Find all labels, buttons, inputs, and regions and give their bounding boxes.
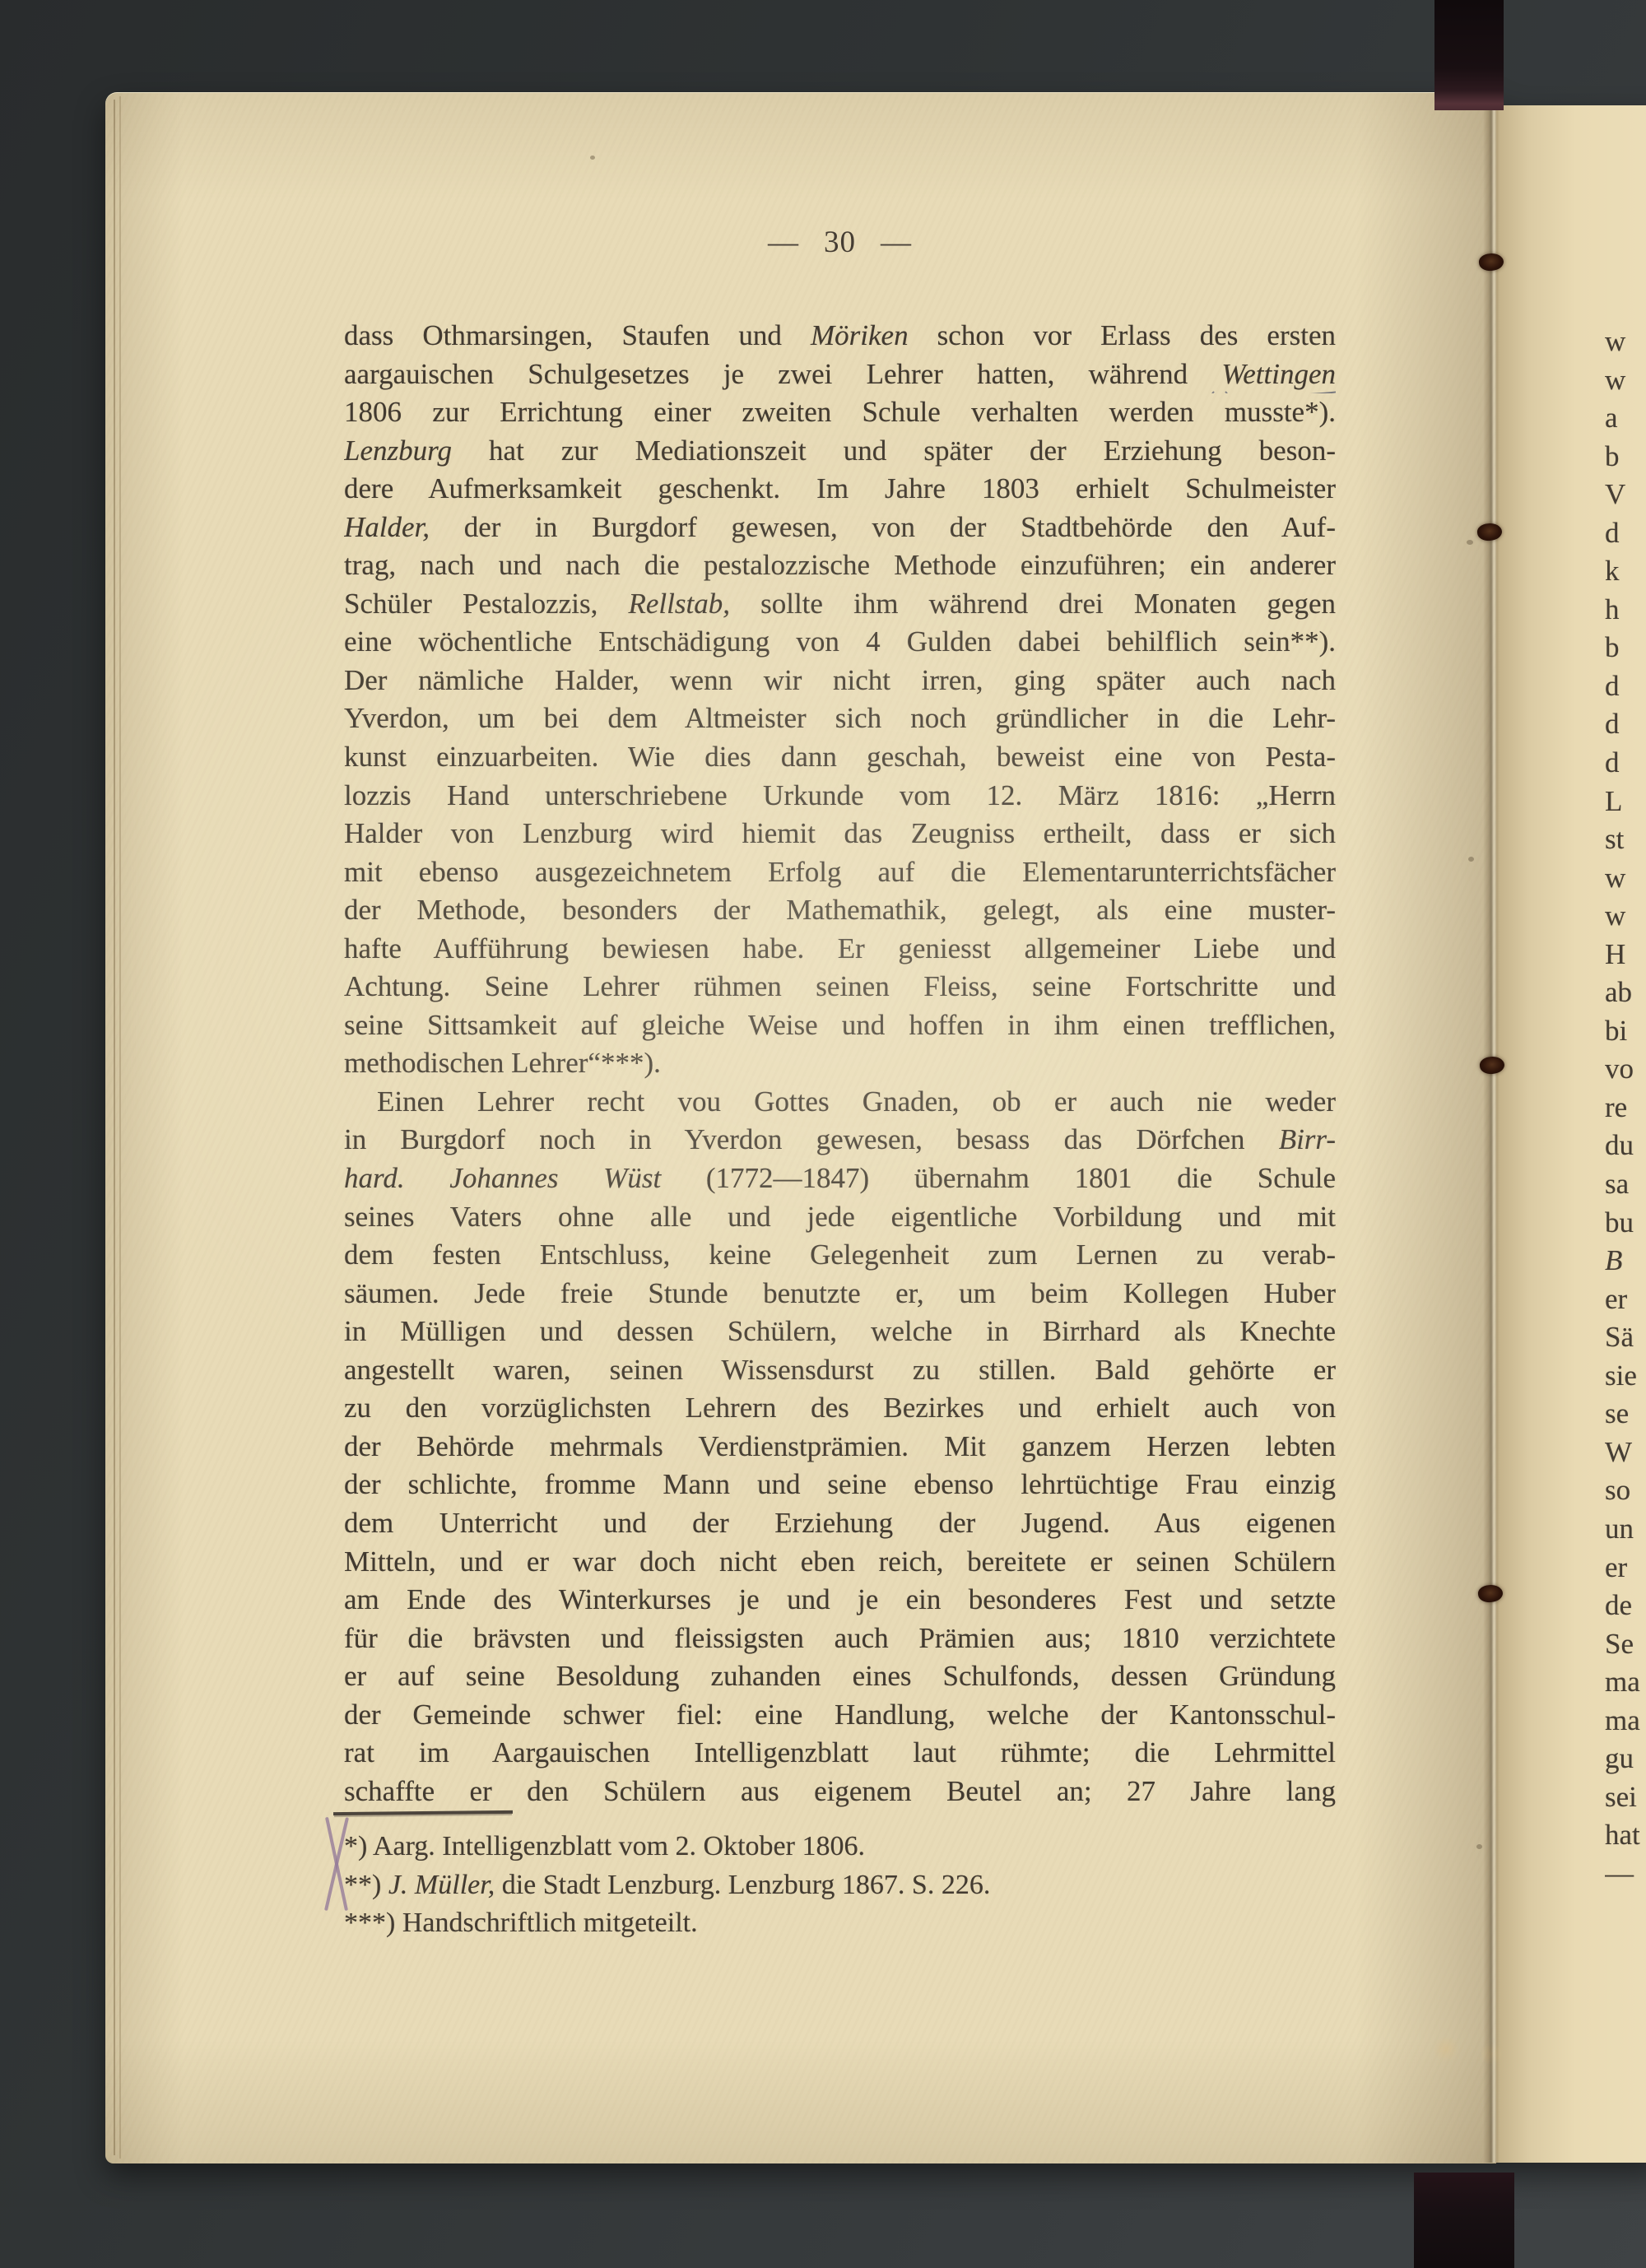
frag-line: re xyxy=(1605,1089,1646,1127)
frag-line: sie xyxy=(1605,1357,1646,1396)
book-spine-headband-top xyxy=(1434,0,1504,110)
foxing-spot xyxy=(1432,2037,1460,2061)
tline-line: Einen Lehrer recht vou Gottes Gnaden, ob… xyxy=(344,1083,1336,1122)
pencil-x-mark xyxy=(321,1820,349,1907)
frag-line: w xyxy=(1605,323,1646,361)
frag-line: er xyxy=(1605,1549,1646,1587)
tline-line: Lenzburg hat zur Mediationszeit und spät… xyxy=(344,432,1336,471)
frag-line: — xyxy=(1605,1855,1646,1894)
tline-line: seines Vaters ohne alle und jede eigentl… xyxy=(344,1198,1336,1237)
tline-line: für die brävsten und fleissigsten auch P… xyxy=(344,1620,1336,1658)
ink-speck xyxy=(590,156,595,160)
tline-line: am Ende des Winterkurses je und je ein b… xyxy=(344,1581,1336,1620)
frag-line: d xyxy=(1605,514,1646,553)
page-header: —30— xyxy=(344,225,1336,260)
frag-line: B xyxy=(1605,1242,1646,1280)
tline-line: er auf seine Besoldung zuhanden eines Sc… xyxy=(344,1657,1336,1696)
frag-line: d xyxy=(1605,705,1646,744)
tline-line: Achtung. Seine Lehrer rühmen seinen Flei… xyxy=(344,968,1336,1006)
frag-line: sa xyxy=(1605,1165,1646,1204)
fline-line: ***) Handschriftlich mitgeteilt. xyxy=(344,1904,1336,1943)
tline-line: Mitteln, und er war doch nicht eben reic… xyxy=(344,1543,1336,1582)
paper-speck xyxy=(1468,857,1474,862)
frag-line: w xyxy=(1605,859,1646,898)
frag-line: de xyxy=(1605,1587,1646,1625)
tline-line: dem festen Entschluss, keine Gelegenheit… xyxy=(344,1236,1336,1275)
footnote-separator-rule xyxy=(333,1810,513,1815)
tline-line: rat im Aargauischen Intelligenzblatt lau… xyxy=(344,1734,1336,1773)
tline-line: Halder, der in Burgdorf gewesen, von der… xyxy=(344,509,1336,547)
tline-line: dass Othmarsingen, Staufen und Möriken s… xyxy=(344,317,1336,356)
paper-speck xyxy=(1476,1844,1482,1849)
tline-line: dem Unterricht und der Erziehung der Jug… xyxy=(344,1504,1336,1543)
frag-line: w xyxy=(1605,361,1646,400)
body-text: dass Othmarsingen, Staufen und Möriken s… xyxy=(344,317,1336,1810)
facing-page-text-fragments: wwabVdkhbdddLstwwHabbivoredusabuBerSäsie… xyxy=(1605,323,1646,1893)
frag-line: L xyxy=(1605,783,1646,821)
paper-speck xyxy=(1467,540,1473,545)
tline-line: aargauischen Schulgesetzes je zwei Lehre… xyxy=(344,356,1336,394)
frag-line: b xyxy=(1605,438,1646,476)
frag-line: st xyxy=(1605,820,1646,859)
tline-line: kunst einzuarbeiten. Wie dies dann gesch… xyxy=(344,738,1336,777)
frag-line: un xyxy=(1605,1510,1646,1549)
tline-line: mit ebenso ausgezeichnetem Erfolg auf di… xyxy=(344,853,1336,892)
tline-line: der Methode, besonders der Mathemathik, … xyxy=(344,891,1336,930)
fline-line: *) Aarg. Intelligenzblatt vom 2. Oktober… xyxy=(344,1828,1336,1866)
frag-line: V xyxy=(1605,476,1646,514)
frag-line: d xyxy=(1605,744,1646,783)
book-page-spread: —30— dass Othmarsingen, Staufen und Möri… xyxy=(105,92,1646,2163)
tline-line: zu den vorzüglichsten Lehrern des Bezirk… xyxy=(344,1389,1336,1428)
frag-line: du xyxy=(1605,1127,1646,1165)
tline-line: in Mülligen und dessen Schülern, welche … xyxy=(344,1313,1336,1351)
frag-line: ab xyxy=(1605,974,1646,1012)
tline-line: Schüler Pestalozzis, Rellstab, sollte ih… xyxy=(344,585,1336,624)
tline-line: der schlichte, fromme Mann und seine ebe… xyxy=(344,1466,1336,1504)
frag-line: W xyxy=(1605,1434,1646,1472)
hand-underline: Wettingen xyxy=(1221,358,1336,390)
frag-line: gu xyxy=(1605,1740,1646,1778)
tline-line: der Behörde mehrmals Verdienstprämien. M… xyxy=(344,1428,1336,1466)
tline-line: eine wöchentliche Entschädigung von 4 Gu… xyxy=(344,623,1336,662)
frag-line: er xyxy=(1605,1280,1646,1319)
frag-line: Se xyxy=(1605,1625,1646,1664)
frag-line: vo xyxy=(1605,1050,1646,1089)
frag-line: d xyxy=(1605,667,1646,706)
frag-line: ma xyxy=(1605,1702,1646,1741)
page-surface: —30— dass Othmarsingen, Staufen und Möri… xyxy=(105,92,1496,2163)
tline-line: Yverdon, um bei dem Altmeister sich noch… xyxy=(344,699,1336,738)
tline-line: trag, nach und nach die pestalozzische M… xyxy=(344,546,1336,585)
frag-line: se xyxy=(1605,1395,1646,1434)
tline-line: Halder von Lenzburg wird hiemit das Zeug… xyxy=(344,815,1336,853)
frag-line: so xyxy=(1605,1471,1646,1510)
gutter-crease xyxy=(1483,92,1500,2163)
book-spine-headband-bottom xyxy=(1414,2173,1514,2268)
tline-line: in Burgdorf noch in Yverdon gewesen, bes… xyxy=(344,1121,1336,1160)
frag-line: bi xyxy=(1605,1012,1646,1051)
frag-line: H xyxy=(1605,936,1646,974)
tline-line: angestellt waren, seinen Wissensdurst zu… xyxy=(344,1351,1336,1390)
frag-line: ma xyxy=(1605,1663,1646,1702)
frag-line: w xyxy=(1605,897,1646,936)
tline-line: hard. Johannes Wüst (1772—1847) übernahm… xyxy=(344,1160,1336,1198)
frag-line: Sä xyxy=(1605,1318,1646,1357)
frag-line: bu xyxy=(1605,1204,1646,1243)
tline-line: schaffte er den Schülern aus eigenem Beu… xyxy=(344,1773,1336,1811)
fline-line: **) J. Müller, die Stadt Lenzburg. Lenzb… xyxy=(344,1866,1336,1905)
frag-line: sei xyxy=(1605,1778,1646,1817)
tline-line: der Gemeinde schwer fiel: eine Handlung,… xyxy=(344,1696,1336,1735)
tline-line: lozzis Hand unterschriebene Urkunde vom … xyxy=(344,777,1336,816)
frag-line: h xyxy=(1605,591,1646,630)
frag-line: k xyxy=(1605,552,1646,591)
tline-line: säumen. Jede freie Stunde benutzte er, u… xyxy=(344,1275,1336,1313)
tline-line: dere Aufmerksamkeit geschenkt. Im Jahre … xyxy=(344,470,1336,509)
page-number: 30 xyxy=(824,225,856,259)
facing-page-sliver: wwabVdkhbdddLstwwHabbivoredusabuBerSäsie… xyxy=(1496,105,1646,2163)
tline-line: 1806 zur Errichtung einer zweiten Schule… xyxy=(344,393,1336,432)
header-dash-right: — xyxy=(881,225,912,259)
frag-line: a xyxy=(1605,399,1646,438)
frag-line: b xyxy=(1605,629,1646,667)
tline-line: methodischen Lehrer“***). xyxy=(344,1044,1336,1083)
tline-line: hafte Aufführung bewiesen habe. Er genie… xyxy=(344,930,1336,969)
footnotes: *) Aarg. Intelligenzblatt vom 2. Oktober… xyxy=(344,1828,1336,1943)
header-dash-left: — xyxy=(768,225,799,259)
tline-line: seine Sittsamkeit auf gleiche Weise und … xyxy=(344,1006,1336,1045)
tline-line: Der nämliche Halder, wenn wir nicht irre… xyxy=(344,662,1336,700)
frag-line: hat xyxy=(1605,1816,1646,1855)
scan-background: —30— dass Othmarsingen, Staufen und Möri… xyxy=(0,0,1646,2268)
